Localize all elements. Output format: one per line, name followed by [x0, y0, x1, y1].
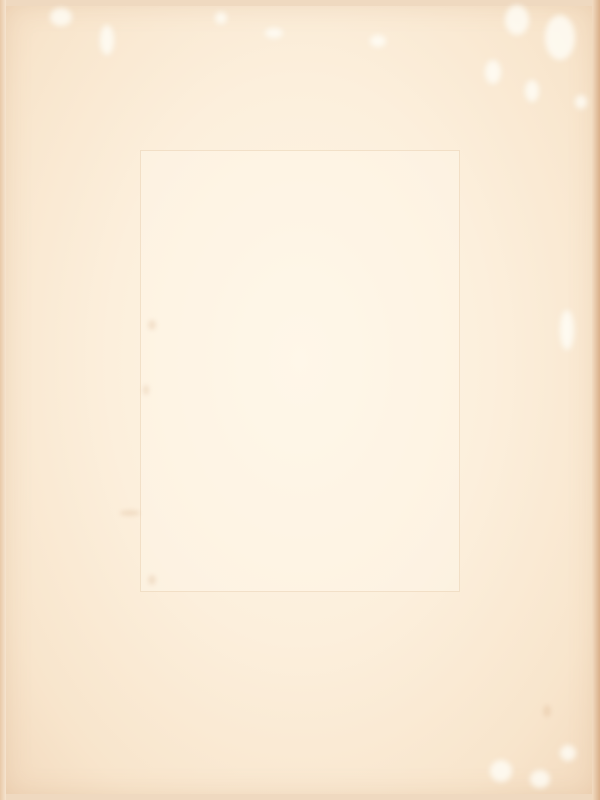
page-right-edge [592, 0, 600, 800]
foxing-spot [100, 25, 114, 55]
foxing-spot [530, 770, 550, 788]
stain-mark [148, 320, 156, 330]
foxing-spot [265, 28, 283, 38]
foxing-spot [485, 60, 501, 84]
plate-mark-impression [140, 150, 460, 592]
foxing-spot [50, 8, 72, 26]
stain-mark [120, 510, 140, 516]
stain-mark [143, 385, 149, 395]
foxing-spot [490, 760, 512, 782]
page-left-edge [0, 0, 6, 800]
foxing-spot [560, 310, 574, 350]
foxing-spot [505, 5, 529, 35]
foxing-spot [560, 745, 576, 761]
foxing-spot [545, 15, 575, 60]
stain-mark [148, 575, 156, 585]
blank-paper-page [0, 0, 600, 800]
foxing-spot [370, 35, 386, 47]
foxing-spot [525, 80, 539, 102]
foxing-spot [215, 12, 227, 24]
foxing-spot [575, 95, 587, 109]
stain-mark [543, 705, 551, 717]
